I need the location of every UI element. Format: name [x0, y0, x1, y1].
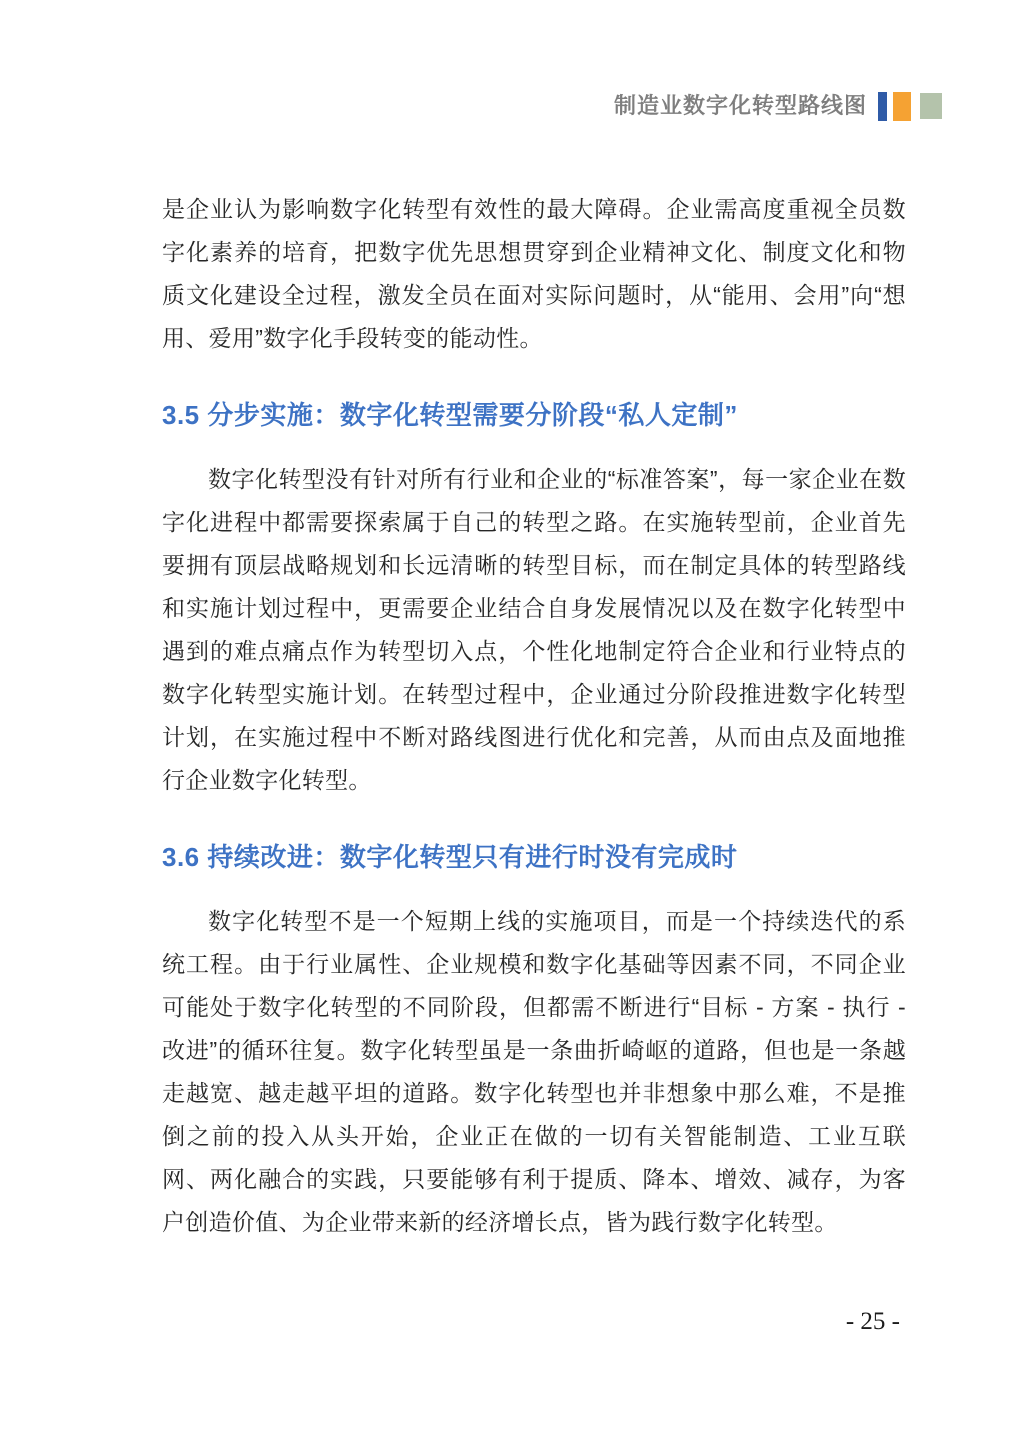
section-paragraph-3-6: 数字化转型不是一个短期上线的实施项目，而是一个持续迭代的系统工程。由于行业属性、… — [162, 900, 906, 1244]
section-heading-3-6: 3.6 持续改进：数字化转型只有进行时没有完成时 — [162, 839, 906, 875]
page-body: 是企业认为影响数字化转型有效性的最大障碍。企业需高度重视全员数字化素养的培育，把… — [162, 0, 906, 1244]
section-heading-3-5: 3.5 分步实施：数字化转型需要分阶段“私人定制” — [162, 397, 906, 433]
page-number: - 25 - — [846, 1308, 900, 1335]
page-footer: - 25 - — [846, 1308, 900, 1336]
intro-paragraph: 是企业认为影响数字化转型有效性的最大障碍。企业需高度重视全员数字化素养的培育，把… — [162, 188, 906, 360]
document-page: 制造业数字化转型路线图 是企业认为影响数字化转型有效性的最大障碍。企业需高度重视… — [0, 0, 1024, 1431]
section-paragraph-3-5: 数字化转型没有针对所有行业和企业的“标准答案”，每一家企业在数字化进程中都需要探… — [162, 458, 906, 802]
header-green-square-icon — [920, 93, 942, 119]
